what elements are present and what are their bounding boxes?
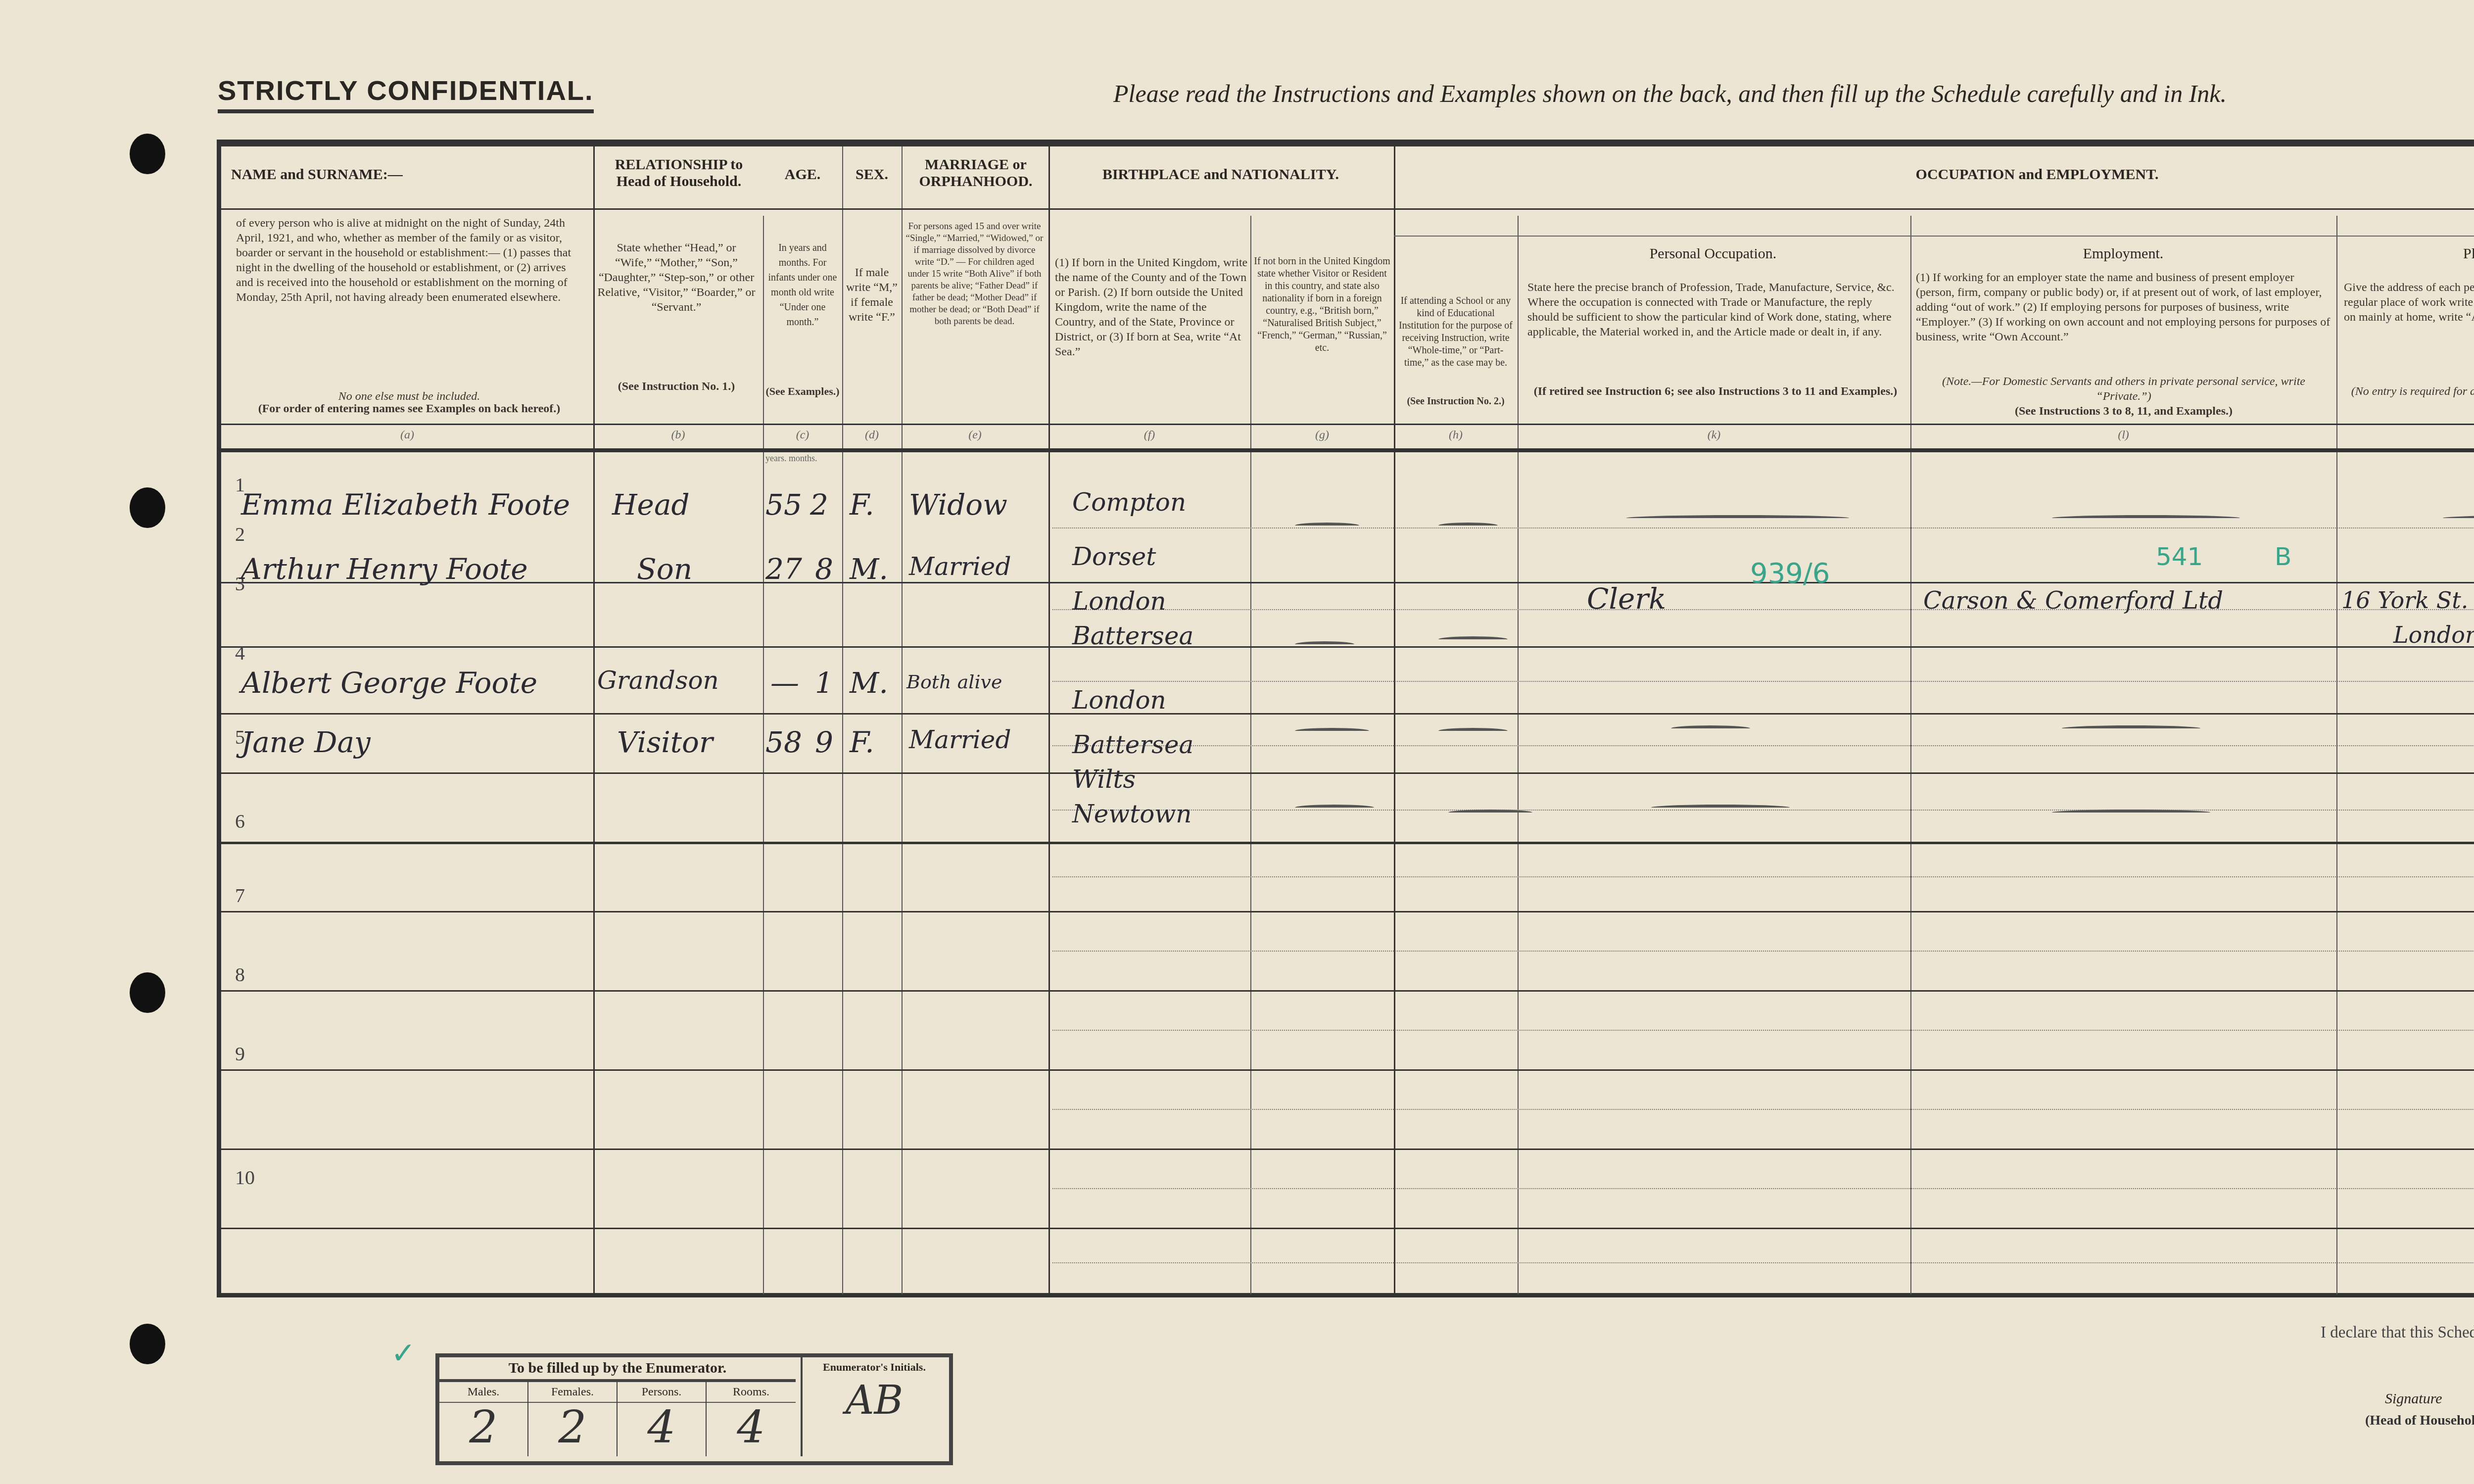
entry-birthplace[interactable]: Compton xyxy=(1072,488,1186,517)
dash-mark xyxy=(1295,523,1359,528)
instr-personal-occupation: State here the precise branch of Profess… xyxy=(1527,280,1903,339)
col-letter-k: (k) xyxy=(1518,429,1910,442)
instr-employment-note2: (See Instructions 3 to 8, 11, and Exampl… xyxy=(1916,404,2331,419)
dash-mark xyxy=(1626,515,1849,521)
instr-education: If attending a School or any kind of Edu… xyxy=(1396,295,1515,369)
entry-birthplace[interactable]: London xyxy=(1072,587,1166,616)
persons-label: Persons. xyxy=(618,1382,706,1403)
entry-name[interactable]: Arthur Henry Foote xyxy=(241,552,528,586)
col-heading-occupation-group: OCCUPATION and EMPLOYMENT. xyxy=(1399,166,2474,183)
row-number: 10 xyxy=(235,1166,255,1189)
col-heading-marriage: MARRIAGE or ORPHANHOOD. xyxy=(904,156,1047,190)
row-number: 6 xyxy=(235,810,245,833)
rooms-label: Rooms. xyxy=(707,1382,796,1403)
col-letter-d: (d) xyxy=(842,429,902,442)
entry-age-years[interactable]: 55 xyxy=(765,488,802,522)
check-mark-icon: ✓ xyxy=(391,1336,416,1371)
entry-marriage[interactable]: Married xyxy=(909,552,1011,581)
entry-sex[interactable]: F. xyxy=(850,725,874,759)
entry-relationship[interactable]: Grandson xyxy=(597,666,719,695)
col-letter-e: (e) xyxy=(902,429,1048,442)
dash-mark xyxy=(1651,805,1790,811)
binder-hole xyxy=(130,134,165,174)
dash-mark xyxy=(1295,805,1374,811)
instr-employment-note: (Note.—For Domestic Servants and others … xyxy=(1916,374,2331,404)
dash-mark xyxy=(2443,515,2474,521)
col-heading-birthplace: BIRTHPLACE and NATIONALITY. xyxy=(1052,166,1389,183)
entry-occupation[interactable]: Clerk xyxy=(1587,582,1666,616)
entry-name[interactable]: Jane Day xyxy=(241,725,371,759)
col-letter-b: (b) xyxy=(593,429,763,442)
dash-mark xyxy=(1448,810,1532,815)
occupation-code: 939/6 xyxy=(1750,557,1830,589)
instr-place-of-work-note: (No entry is required for any person who… xyxy=(2344,384,2474,399)
entry-marriage[interactable]: Both alive xyxy=(906,671,1002,693)
males-label: Males. xyxy=(439,1382,527,1403)
enumerator-summary-box: To be filled up by the Enumerator. Males… xyxy=(435,1353,953,1465)
age-subheader: years. months. xyxy=(765,453,817,464)
binder-hole xyxy=(130,487,165,528)
col-heading-name: NAME and SURNAME:— xyxy=(231,166,587,183)
instr-name-note2: (For order of entering names see Example… xyxy=(236,401,582,416)
col-heading-sex: SEX. xyxy=(842,166,902,183)
persons-value[interactable]: 4 xyxy=(618,1403,706,1452)
entry-birthplace-2[interactable]: Dorset xyxy=(1072,542,1156,571)
col-heading-personal-occupation: Personal Occupation. xyxy=(1518,245,1908,262)
row-number: 2 xyxy=(235,523,245,546)
row-number: 9 xyxy=(235,1042,245,1065)
instr-age: In years and months. For infants under o… xyxy=(765,240,840,330)
entry-age-years[interactable]: — xyxy=(770,666,799,700)
employment-code-2: B xyxy=(2275,542,2291,571)
entry-relationship[interactable]: Head xyxy=(612,488,690,522)
entry-age-months[interactable]: 1 xyxy=(815,666,833,700)
instr-birthplace: (1) If born in the United Kingdom, write… xyxy=(1055,255,1248,359)
col-heading-place-of-work: Place of Work. xyxy=(2336,245,2474,262)
col-letter-c: (c) xyxy=(763,429,842,442)
dash-mark xyxy=(1438,636,1508,642)
dash-mark xyxy=(1438,523,1498,528)
entry-marriage[interactable]: Married xyxy=(909,725,1011,754)
dash-mark xyxy=(1438,728,1508,734)
col-heading-age: AGE. xyxy=(763,166,842,183)
dash-mark xyxy=(1295,728,1369,734)
entry-place-of-work[interactable]: 16 York St. Covent Gdns xyxy=(2341,587,2474,614)
col-heading-relationship: RELATIONSHIP to Head of Household. xyxy=(597,156,761,190)
col-letter-h: (h) xyxy=(1394,429,1518,442)
dash-mark xyxy=(1295,641,1354,647)
entry-age-months[interactable]: 9 xyxy=(815,725,833,759)
signature-note: (Head of Household, Manager of Establish… xyxy=(2365,1413,2474,1429)
col-letter-m: (m) xyxy=(2336,429,2474,442)
col-heading-employment: Employment. xyxy=(1910,245,2336,262)
rooms-value[interactable]: 4 xyxy=(707,1403,796,1452)
instr-sex: If male write “M,” if female write “F.” xyxy=(845,265,899,325)
initials-label: Enumerator's Initials. xyxy=(803,1357,946,1377)
entry-age-years[interactable]: 58 xyxy=(765,725,802,759)
entry-birthplace-2[interactable]: Battersea xyxy=(1072,730,1193,759)
instr-relationship-note: (See Instruction No. 1.) xyxy=(597,379,756,394)
males-value[interactable]: 2 xyxy=(439,1403,527,1452)
entry-age-months[interactable]: 8 xyxy=(815,552,833,586)
entry-name[interactable]: Albert George Foote xyxy=(241,666,537,700)
entry-place-of-work-2[interactable]: London. W.C. 2 xyxy=(2393,622,2474,648)
entry-birthplace-2[interactable]: Newtown xyxy=(1072,800,1191,828)
entry-birthplace[interactable]: Wilts xyxy=(1072,765,1136,794)
initials-value[interactable]: AB xyxy=(803,1377,946,1423)
instr-name: of every person who is alive at midnight… xyxy=(236,216,582,305)
instr-nationality: If not born in the United Kingdom state … xyxy=(1253,255,1391,354)
instr-personal-occupation-note: (If retired see Instruction 6; see also … xyxy=(1527,384,1903,399)
entry-employment[interactable]: Carson & Comerford Ltd xyxy=(1923,587,2223,615)
entry-relationship[interactable]: Son xyxy=(637,552,692,586)
declaration-text: I declare that this Schedule is correctl… xyxy=(2321,1324,2474,1342)
females-value[interactable]: 2 xyxy=(528,1403,617,1452)
entry-name[interactable]: Emma Elizabeth Foote xyxy=(241,488,570,522)
dash-mark xyxy=(2052,810,2210,815)
entry-sex[interactable]: M. xyxy=(850,552,888,586)
entry-birthplace[interactable]: London xyxy=(1072,686,1166,715)
col-letter-a: (a) xyxy=(221,429,593,442)
females-label: Females. xyxy=(528,1382,617,1403)
entry-relationship[interactable]: Visitor xyxy=(617,725,713,759)
entry-age-years[interactable]: 27 xyxy=(765,552,802,586)
row-number: 7 xyxy=(235,884,245,907)
dash-mark xyxy=(1671,725,1750,731)
dash-mark xyxy=(2062,725,2200,731)
instr-marriage: For persons aged 15 and over write “Sing… xyxy=(904,221,1045,328)
entry-age-months[interactable]: 2 xyxy=(810,488,828,522)
entry-sex[interactable]: M. xyxy=(850,666,888,700)
entry-birthplace-2[interactable]: Battersea xyxy=(1072,622,1193,650)
signature-label: Signature xyxy=(2385,1390,2442,1407)
entry-marriage[interactable]: Widow xyxy=(909,488,1007,522)
page-title: STRICTLY CONFIDENTIAL. xyxy=(218,74,594,113)
row-number: 4 xyxy=(235,641,245,665)
binder-hole xyxy=(130,1324,165,1364)
instr-place-of-work: Give the address of each person's place … xyxy=(2344,280,2474,325)
instr-relationship: State whether “Head,” or “Wife,” “Mother… xyxy=(597,240,756,315)
census-schedule-table: NAME and SURNAME:— RELATIONSHIP to Head … xyxy=(217,140,2474,1297)
instructions-line: Please read the Instructions and Example… xyxy=(1113,79,2227,108)
instr-employment: (1) If working for an employer state the… xyxy=(1916,270,2331,344)
row-number: 8 xyxy=(235,963,245,986)
instr-age-note: (See Examples.) xyxy=(765,384,840,399)
binder-hole xyxy=(130,972,165,1013)
employment-code: 541 xyxy=(2156,542,2203,571)
instr-education-note: (See Instruction No. 2.) xyxy=(1396,394,1515,409)
col-letter-l: (l) xyxy=(1910,429,2336,442)
col-letter-f: (f) xyxy=(1048,429,1250,442)
summary-heading: To be filled up by the Enumerator. xyxy=(439,1357,796,1382)
entry-sex[interactable]: F. xyxy=(850,488,874,522)
dash-mark xyxy=(2052,515,2240,521)
col-letter-g: (g) xyxy=(1250,429,1394,442)
